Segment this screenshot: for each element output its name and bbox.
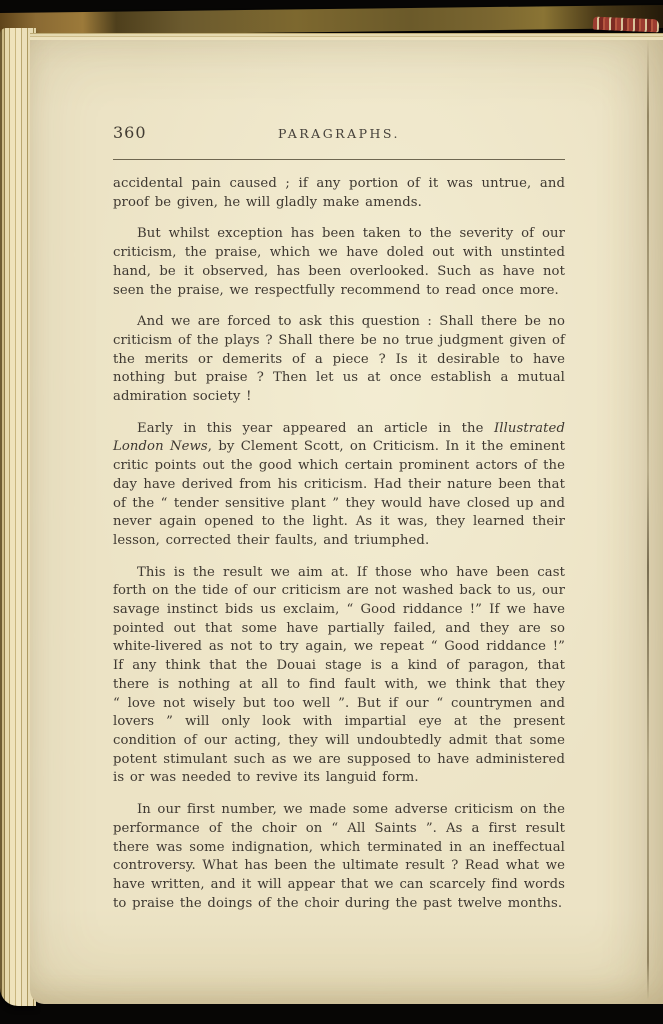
book-page: 360 PARAGRAPHS. accidental pain caused ;… [30, 33, 663, 1004]
running-header: PARAGRAPHS. [278, 126, 400, 141]
paragraph-6: In our first number, we made some advers… [113, 801, 565, 913]
paragraphs: accidental pain caused ; if any portion … [113, 175, 565, 913]
text-run: Early in this year appeared an article i… [137, 421, 494, 436]
text-run: In our first number, we made some advers… [113, 802, 565, 911]
page-header: 360 PARAGRAPHS. [113, 123, 565, 143]
text-run: This is the result we aim at. If those w… [113, 565, 565, 786]
text-run: accidental pain caused ; if any portion … [113, 176, 565, 210]
headband [593, 17, 660, 33]
paragraph-2: But whilst exception has been taken to t… [113, 225, 565, 300]
paragraph-5: This is the result we aim at. If those w… [113, 564, 565, 788]
text-run: And we are forced to ask this question :… [113, 314, 565, 404]
paragraph-3: And we are forced to ask this question :… [113, 313, 565, 407]
text-run: But whilst exception has been taken to t… [113, 226, 565, 297]
header-rule [113, 159, 565, 160]
paragraph-1: accidental pain caused ; if any portion … [113, 175, 565, 212]
book-binding-top-edge [0, 5, 663, 36]
page-number: 360 [113, 123, 147, 142]
text-run: , by Clement Scott, on Criticism. In it … [113, 439, 565, 548]
page-fold-line [647, 39, 649, 1000]
page-content: 360 PARAGRAPHS. accidental pain caused ;… [113, 33, 565, 913]
paragraph-4: Early in this year appeared an article i… [113, 420, 565, 551]
